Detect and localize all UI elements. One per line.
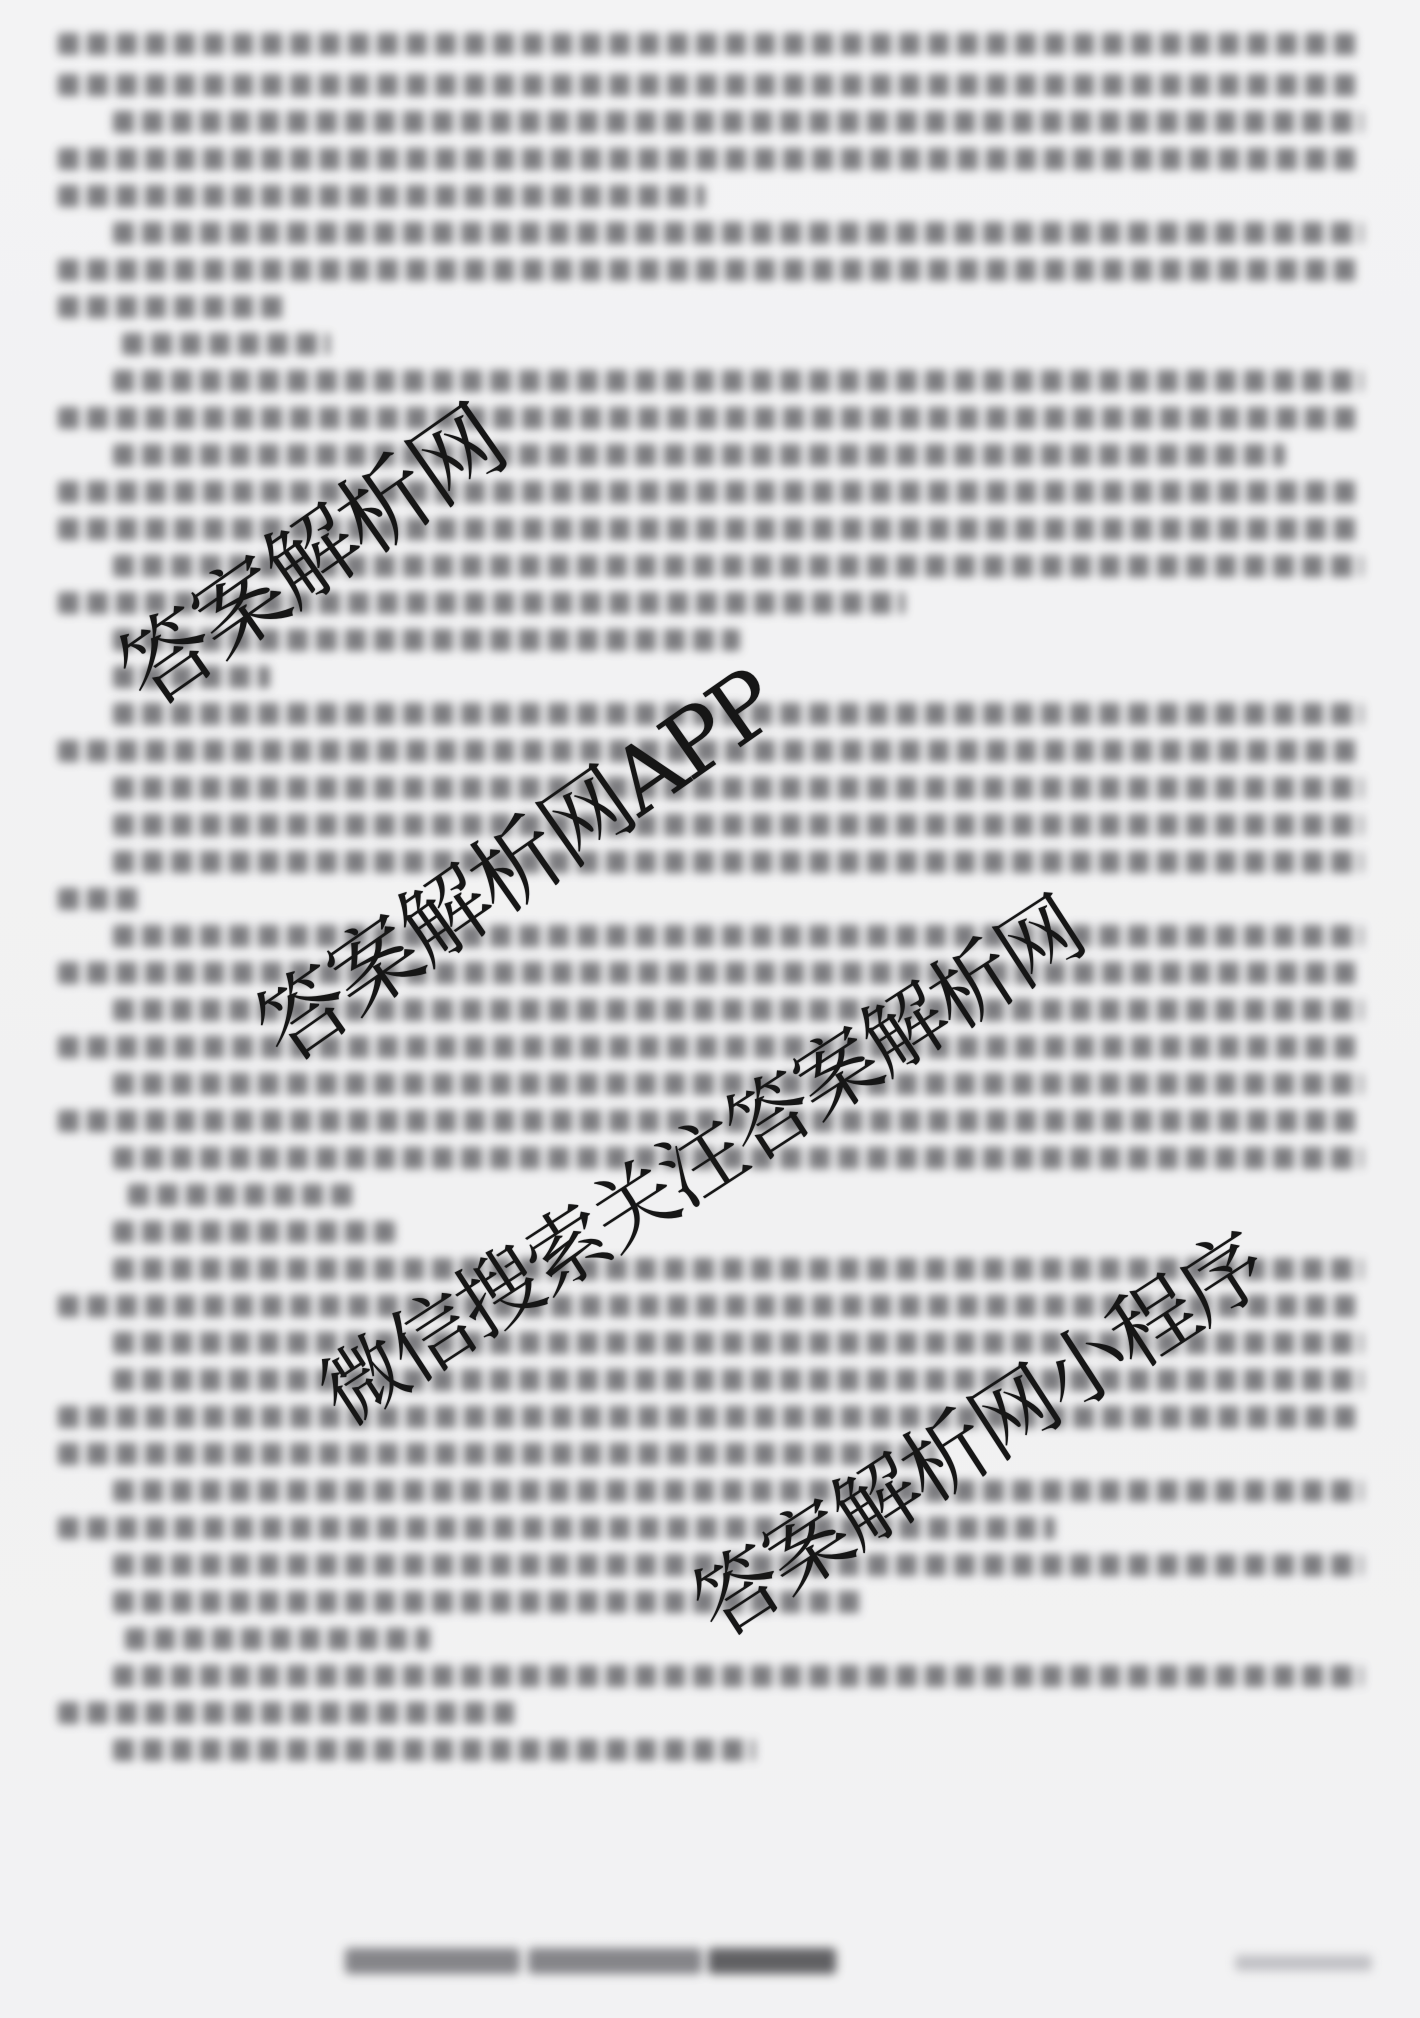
blurred-text-line-10	[113, 370, 1363, 392]
blurred-text-line-30	[58, 1110, 1363, 1132]
blurred-text-line-17	[113, 629, 740, 651]
blurred-text-line-14	[58, 518, 1363, 540]
blurred-text-line-2	[58, 74, 1363, 96]
blurred-text-line-26	[58, 962, 1363, 984]
blurred-text-line-32	[128, 1184, 355, 1206]
blurred-text-line-23	[113, 851, 1363, 873]
blurred-footer-segment-2	[528, 1948, 702, 1974]
blurred-text-line-5	[58, 185, 705, 207]
blurred-text-line-33	[113, 1221, 395, 1243]
blurred-text-line-12	[113, 444, 1285, 466]
blurred-text-line-18	[113, 666, 270, 688]
blurred-text-line-20	[58, 740, 1363, 762]
blurred-text-line-44	[125, 1628, 430, 1650]
blurred-text-line-4	[58, 148, 1363, 170]
blurred-text-line-28	[58, 1036, 1363, 1058]
blurred-text-line-16	[58, 592, 905, 614]
blurred-text-line-29	[113, 1073, 1363, 1095]
blurred-text-line-21	[113, 777, 1363, 799]
blurred-text-line-46	[58, 1702, 520, 1724]
blurred-text-line-41	[58, 1517, 1055, 1539]
blurred-text-line-40	[113, 1480, 1363, 1502]
blurred-text-line-15	[113, 555, 1363, 577]
blurred-text-line-37	[113, 1369, 1363, 1391]
blurred-text-line-6	[113, 222, 1363, 244]
blurred-text-line-27	[113, 999, 1363, 1021]
blurred-text-line-45	[113, 1665, 1363, 1687]
blurred-text-line-1	[58, 33, 1363, 55]
blurred-footer-segment-4	[1235, 1955, 1372, 1971]
blurred-text-line-47	[113, 1739, 755, 1761]
blurred-text-line-7	[58, 259, 1363, 281]
blurred-text-line-3	[113, 111, 1363, 133]
blurred-text-line-19	[113, 703, 1363, 725]
blurred-text-line-38	[58, 1406, 1363, 1428]
blurred-text-line-13	[58, 481, 1363, 503]
blurred-footer-segment-3	[708, 1948, 836, 1974]
blurred-text-line-34	[113, 1258, 1363, 1280]
blurred-text-line-8	[58, 296, 290, 318]
blurred-text-line-25	[113, 925, 1363, 947]
blurred-text-line-43	[113, 1591, 860, 1613]
blurred-text-line-22	[113, 814, 1363, 836]
document-page: 答案解析网答案解析网APP微信搜索关注答案解析网答案解析网小程序	[0, 0, 1420, 2018]
blurred-text-line-9	[122, 333, 330, 355]
blurred-text-line-31	[113, 1147, 1363, 1169]
blurred-text-line-39	[58, 1443, 935, 1465]
blurred-text-line-36	[113, 1332, 1363, 1354]
blurred-footer-segment-1	[345, 1948, 520, 1974]
blurred-text-line-35	[58, 1295, 1363, 1317]
blurred-text-line-24	[58, 888, 140, 910]
watermark-text-4: 答案解析网小程序	[680, 1220, 1281, 1652]
blurred-text-line-11	[58, 407, 1363, 429]
blurred-text-line-42	[113, 1554, 1363, 1576]
